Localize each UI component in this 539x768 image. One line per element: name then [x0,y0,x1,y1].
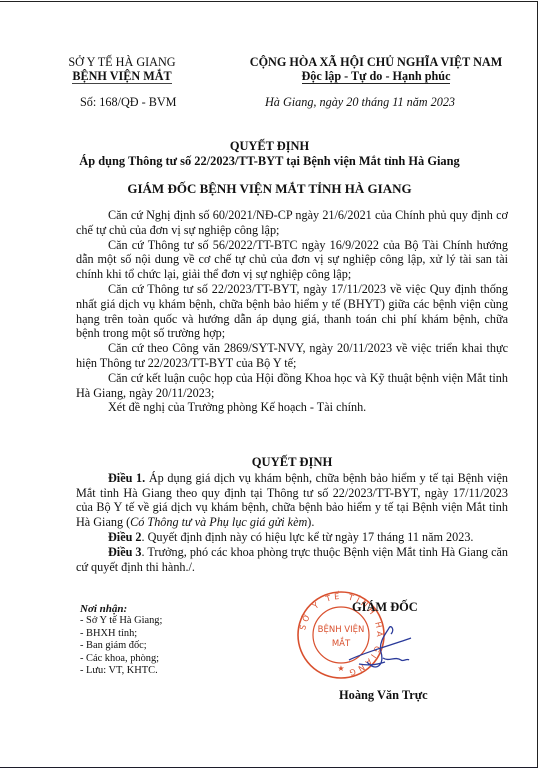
country-name: CỘNG HÒA XÃ HỘI CHỦ NGHĨA VIỆT NAM [228,55,524,69]
basis-paragraph: Căn cứ theo Công văn 2869/SYT-NVY, ngày … [76,341,508,371]
basis-paragraph: Căn cứ kết luận cuộc họp của Hội đồng Kh… [76,371,508,401]
basis-paragraph: Xét đề nghị của Trưởng phòng Kế hoạch - … [76,400,508,415]
recipient-item: - Ban giám đốc; [80,640,162,652]
article-label: Điều 2 [108,530,142,544]
signature-icon [345,622,415,682]
decision-section: QUYẾT ĐỊNH Điều 1. Áp dụng giá dịch vụ k… [76,455,508,574]
basis-paragraph: Căn cứ Thông tư số 22/2023/TT-BYT, ngày … [76,282,508,341]
signer-position: GIÁM ĐỐC [352,600,418,615]
article-attachment-note: Có Thông tư và Phụ lục giá gửi kèm [130,515,307,529]
article-2: Điều 2. Quyết định định này có hiệu lực … [76,530,508,545]
article-1: Điều 1. Áp dụng giá dịch vụ khám bệnh, c… [76,471,508,530]
legal-basis-section: Căn cứ Nghị định số 60/2021/NĐ-CP ngày 2… [76,208,508,415]
national-header-block: CỘNG HÒA XÃ HỘI CHỦ NGHĨA VIỆT NAM Độc l… [228,55,524,84]
recipient-item: - Sở Y tế Hà Giang; [80,615,162,627]
document-subject: Áp dụng Thông tư số 22/2023/TT-BYT tại B… [0,154,539,169]
article-text: . Quyết định định này có hiệu lực kể từ … [142,530,474,544]
article-tail: ). [307,515,314,529]
recipient-item: - Các khoa, phòng; [80,653,162,665]
decision-heading: QUYẾT ĐỊNH [76,455,508,470]
place-and-date: Hà Giang, ngày 20 tháng 11 năm 2023 [265,95,455,110]
agency-name: SỞ Y TẾ HÀ GIANG [60,55,184,69]
article-label: Điều 1. [108,471,145,485]
document-number: Số: 168/QĐ - BVM [80,95,177,110]
article-label: Điều 3 [108,545,142,559]
basis-paragraph: Căn cứ Thông tư số 56/2022/TT-BTC ngày 1… [76,238,508,282]
recipient-item: - BHXH tỉnh; [80,628,162,640]
issuing-authority: GIÁM ĐỐC BỆNH VIỆN MẮT TỈNH HÀ GIANG [0,181,539,197]
recipients-title: Nơi nhận: [80,603,162,615]
basis-paragraph: Căn cứ Nghị định số 60/2021/NĐ-CP ngày 2… [76,208,508,238]
document-page: SỞ Y TẾ HÀ GIANG BỆNH VIỆN MẮT CỘNG HÒA … [0,1,538,768]
article-3: Điều 3. Trưởng, phó các khoa phòng trực … [76,545,508,575]
recipient-item: - Lưu: VT, KHTC. [80,665,162,677]
article-text: . Trưởng, phó các khoa phòng trực thuộc … [76,545,508,574]
issuing-agency-block: SỞ Y TẾ HÀ GIANG BỆNH VIỆN MẮT [60,55,184,84]
recipients-list: Nơi nhận: - Sở Y tế Hà Giang; - BHXH tỉn… [80,603,162,677]
signer-name: Hoàng Văn Trực [339,688,428,703]
document-type-title: QUYẾT ĐỊNH [0,139,539,154]
national-motto: Độc lập - Tự do - Hạnh phúc [302,70,451,84]
svg-text:★: ★ [337,664,344,673]
organization-name: BỆNH VIỆN MẮT [72,70,171,84]
